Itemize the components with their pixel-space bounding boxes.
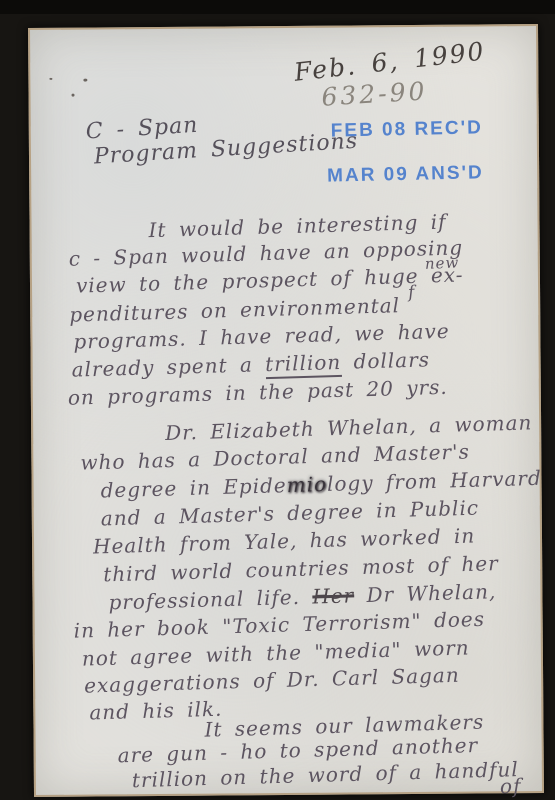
letter-paper: Feb. 6, 1990 632-90 C - Span Program Sug… [28,24,544,797]
pencil-speck [49,78,52,80]
case-number: 632-90 [321,76,429,111]
letter-line: Dr. Elizabeth Whelan, a woman [165,410,533,445]
underlined-word: trillion [265,350,342,379]
line-text: logy from Harvard [327,466,542,496]
pencil-speck [83,79,87,82]
ink-blot-word: mio [286,472,327,497]
letter-line: and his ilk. [89,697,223,725]
insertion-mark-icon: f [407,283,416,304]
line-text: dollars [341,347,430,374]
line-text: already spent a [71,352,265,382]
pencil-speck [72,94,75,97]
line-text: professional life. [108,585,313,615]
letter-line: of [500,774,522,799]
line-text: Dr Whelan, [354,579,497,607]
scanned-letter-photo: Feb. 6, 1990 632-90 C - Span Program Sug… [0,0,555,800]
line-text: degree in Epide [100,473,287,502]
answered-stamp: MAR 09 ANS'D [327,162,484,187]
struck-word: Her [312,583,355,608]
received-stamp: FEB 08 REC'D [331,117,483,142]
